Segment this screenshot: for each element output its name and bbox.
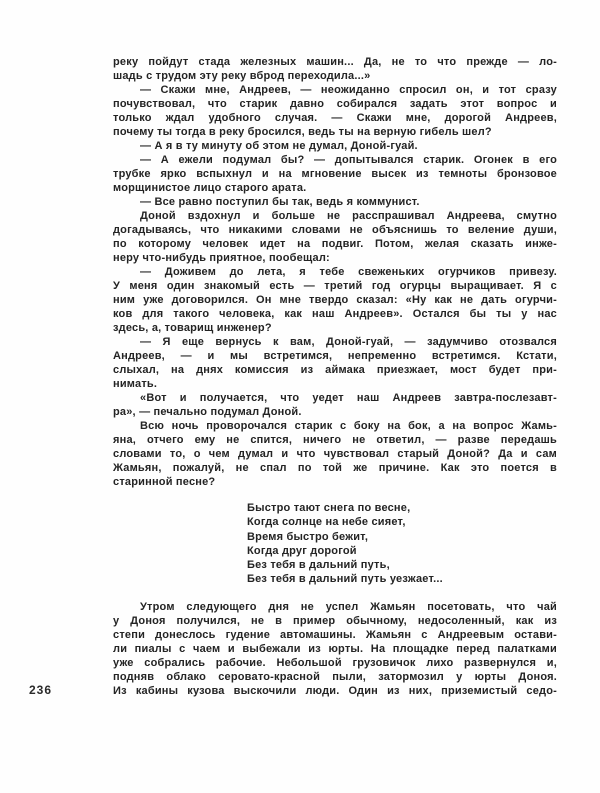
text-line: Из кабины кузова выскочили люди. Один из… — [113, 684, 557, 698]
text-line: у Доноя получился, не в пример обычному,… — [113, 614, 557, 628]
text-line: подняв облако серовато-красной пыли, зат… — [113, 670, 557, 684]
text-line: словами то, о чем думал и что чувствовал… — [113, 447, 557, 461]
text-block: реку пойдут стада железных машин... Да, … — [113, 55, 557, 698]
text-line: Всю ночь проворочался старик с боку на б… — [113, 419, 557, 433]
poem-line: Когда друг дорогой — [247, 544, 557, 558]
paragraph: «Вот и получается, что уедет наш Андреев… — [113, 391, 557, 419]
text-line: только ждал удобного случая. — Скажи мне… — [113, 111, 557, 125]
text-line: ков для такого человека, как наш Андреев… — [113, 307, 557, 321]
text-line: яна, отчего ему не спится, ничего не отв… — [113, 433, 557, 447]
text-line: догадываясь, что никакими словами не объ… — [113, 223, 557, 237]
text-line: ним уже договорился. Он мне твердо сказа… — [113, 293, 557, 307]
poem-line: Время быстро бежит, — [247, 530, 557, 544]
text-line: здесь, а, товарищ инженер? — [113, 321, 557, 335]
text-line: трубке ярко вспыхнул и на мгновение высе… — [113, 167, 557, 181]
paragraph: Всю ночь проворочался старик с боку на б… — [113, 419, 557, 489]
text-line: старинной песне? — [113, 475, 557, 489]
text-line: почувствовал, что старик давно собирался… — [113, 97, 557, 111]
text-line: почему ты тогда в реку бросился, ведь ты… — [113, 125, 557, 139]
page-number: 236 — [29, 683, 52, 697]
text-line: Доной вздохнул и больше не расспрашивал … — [113, 209, 557, 223]
book-page: 236 реку пойдут стада железных машин... … — [0, 0, 600, 793]
poem-block: Быстро тают снега по весне,Когда солнце … — [247, 501, 557, 587]
paragraph: — Доживем до лета, я тебе свеженьких огу… — [113, 265, 557, 335]
text-line: «Вот и получается, что уедет наш Андреев… — [113, 391, 557, 405]
paragraph: — Скажи мне, Андреев, — неожиданно спрос… — [113, 83, 557, 139]
text-line: степи донеслось гудение автомашины. Жамь… — [113, 628, 557, 642]
text-line: неру что-нибудь приятное, пообещал: — [113, 251, 557, 265]
text-line: по которому человек идет на подвиг. Пото… — [113, 237, 557, 251]
text-line: реку пойдут стада железных машин... Да, … — [113, 55, 557, 69]
paragraph: — Я еще вернусь к вам, Доной-гуай, — зад… — [113, 335, 557, 391]
paragraph: Утром следующего дня не успел Жамьян пос… — [113, 600, 557, 698]
text-line: У меня один знакомый есть — третий год о… — [113, 279, 557, 293]
poem-line: Без тебя в дальний путь уезжает... — [247, 572, 557, 586]
paragraph: Доной вздохнул и больше не расспрашивал … — [113, 209, 557, 265]
poem-line: Быстро тают снега по весне, — [247, 501, 557, 515]
paragraph: — А я в ту минуту об этом не думал, Доно… — [113, 139, 557, 153]
text-line: нимать. — [113, 377, 557, 391]
text-line: Утром следующего дня не успел Жамьян пос… — [113, 600, 557, 614]
text-line: — Я еще вернусь к вам, Доной-гуай, — зад… — [113, 335, 557, 349]
text-line: — Все равно поступил бы так, ведь я комм… — [113, 195, 557, 209]
paragraph: — Все равно поступил бы так, ведь я комм… — [113, 195, 557, 209]
paragraph: реку пойдут стада железных машин... Да, … — [113, 55, 557, 83]
text-line: — Скажи мне, Андреев, — неожиданно спрос… — [113, 83, 557, 97]
text-line: ли пиалы с чаем и выбежали из юрты. На п… — [113, 642, 557, 656]
text-line: Андреев, — и мы встретимся, непременно в… — [113, 349, 557, 363]
text-line: — А ежели подумал бы? — допытывался стар… — [113, 153, 557, 167]
poem-line: Без тебя в дальний путь, — [247, 558, 557, 572]
text-line: ра», — печально подумал Доной. — [113, 405, 557, 419]
text-line: — Доживем до лета, я тебе свеженьких огу… — [113, 265, 557, 279]
text-line: Жамьян, пожалуй, не спал по той же причи… — [113, 461, 557, 475]
text-line: уже собрались рабочие. Небольшой грузови… — [113, 656, 557, 670]
paragraph: — А ежели подумал бы? — допытывался стар… — [113, 153, 557, 195]
text-line: шадь с трудом эту реку вброд переходила.… — [113, 69, 557, 83]
text-line: — А я в ту минуту об этом не думал, Доно… — [113, 139, 557, 153]
poem-line: Когда солнце на небе сияет, — [247, 515, 557, 529]
text-line: морщинистое лицо старого арата. — [113, 181, 557, 195]
text-line: слыхал, на днях комиссия из аймака приез… — [113, 363, 557, 377]
